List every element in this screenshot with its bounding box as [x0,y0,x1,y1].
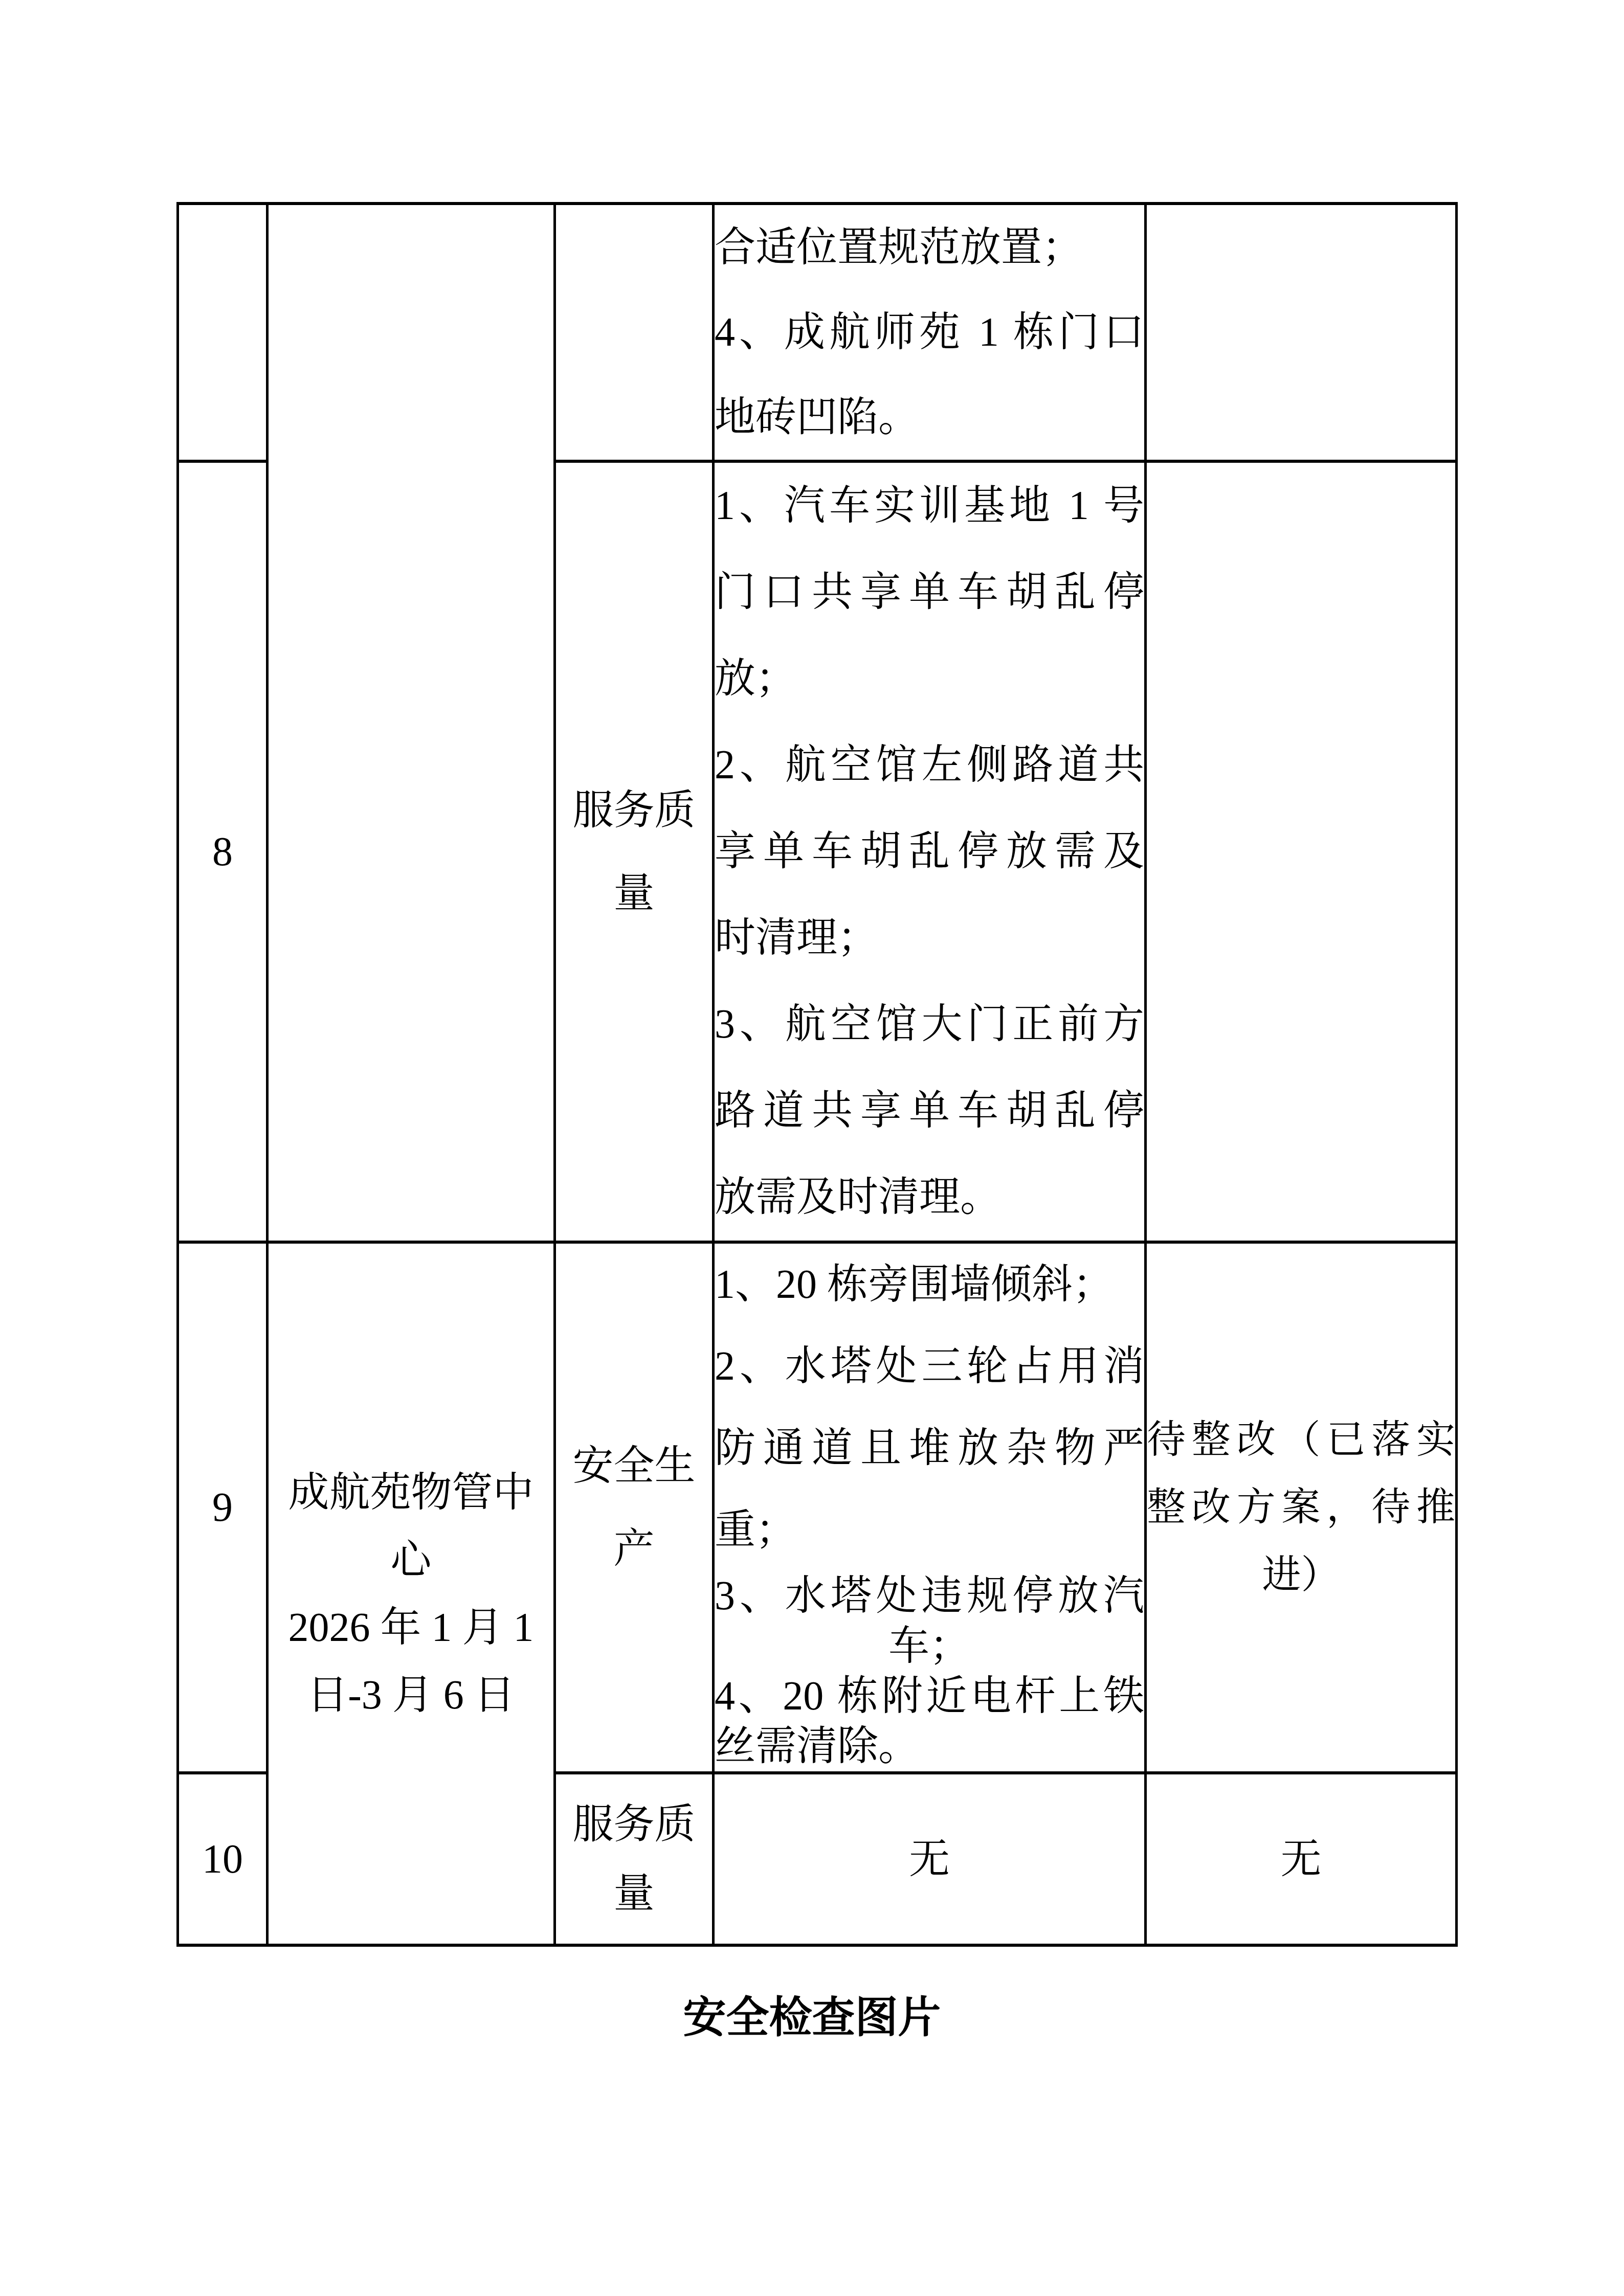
category-line: 产 [556,1507,712,1590]
category-line: 服务质 [556,769,712,852]
issue-line: 重； [715,1489,1144,1571]
unit-line: 日-3 月 6 日 [269,1661,553,1729]
issue-line: 时清理； [715,895,1144,981]
issue-line: 1、20 栋旁围墙倾斜； [715,1244,1144,1325]
cell-status-9: 待整改（已落实 整改方案，待推 进） [1146,1242,1457,1773]
document-page: 合适位置规范放置； 4、成航师苑 1 栋门口 地砖凹陷。 8 服务质 量 1、汽… [0,0,1624,2296]
issue-line: 3、航空馆大门正前方 [715,981,1144,1068]
cell-no-10: 10 [178,1773,268,1945]
cell-category-10: 服务质 量 [555,1773,714,1945]
cell-unit-prev [268,204,555,1242]
status-line: 进） [1147,1541,1455,1609]
issue-line: 防通道且堆放杂物严 [715,1407,1144,1489]
cell-issues-8: 1、汽车实训基地 1 号 门口共享单车胡乱停 放； 2、航空馆左侧路道共 享单车… [714,461,1146,1242]
unit-line: 2026 年 1 月 1 [269,1594,553,1661]
category-line: 服务质 [556,1790,712,1859]
issue-line: 3、水塔处违规停放汽 [715,1571,1144,1621]
unit-line: 成航苑物管中 [269,1459,553,1526]
issue-line: 丝需清除。 [715,1721,1144,1771]
category-line: 量 [556,852,712,935]
cell-status-8 [1146,461,1457,1242]
issue-line: 4、成航师苑 1 栋门口 [715,290,1144,375]
issue-line: 2、航空馆左侧路道共 [715,722,1144,808]
issue-line: 放需及时清理。 [715,1154,1144,1241]
cell-category-8: 服务质 量 [555,461,714,1242]
cell-issues-9: 1、20 栋旁围墙倾斜； 2、水塔处三轮占用消 防通道且堆放杂物严 重； 3、水… [714,1242,1146,1773]
cell-category-prev [555,204,714,461]
issue-line: 4、20 栋附近电杆上铁 [715,1671,1144,1721]
cell-unit-9: 成航苑物管中 心 2026 年 1 月 1 日-3 月 6 日 [268,1242,555,1945]
issue-line: 门口共享单车胡乱停 [715,549,1144,636]
issue-line: 享单车胡乱停放需及 [715,808,1144,895]
cell-status-10: 无 [1146,1773,1457,1945]
cell-category-9: 安全生 产 [555,1242,714,1773]
section-caption: 安全检查图片 [0,1990,1624,2046]
status-line: 整改方案，待推 [1147,1474,1455,1541]
category-line: 安全生 [556,1425,712,1507]
cell-status-prev [1146,204,1457,461]
issue-line: 2、水塔处三轮占用消 [715,1325,1144,1407]
issue-line: 地砖凹陷。 [715,375,1144,460]
issue-line: 1、汽车实训基地 1 号 [715,463,1144,549]
issue-line: 放； [715,636,1144,722]
issue-line: 合适位置规范放置； [715,205,1144,290]
unit-line: 心 [269,1526,553,1594]
table-row-9: 9 成航苑物管中 心 2026 年 1 月 1 日-3 月 6 日 安全生 产 … [178,1242,1457,1773]
status-line: 待整改（已落实 [1147,1406,1455,1474]
issue-line: 车； [715,1621,1144,1671]
cell-no-8: 8 [178,461,268,1242]
issue-line: 路道共享单车胡乱停 [715,1068,1144,1154]
category-line: 量 [556,1859,712,1928]
cell-issues-10: 无 [714,1773,1146,1945]
cell-no-9: 9 [178,1242,268,1773]
cell-issues-prev: 合适位置规范放置； 4、成航师苑 1 栋门口 地砖凹陷。 [714,204,1146,461]
inspection-table: 合适位置规范放置； 4、成航师苑 1 栋门口 地砖凹陷。 8 服务质 量 1、汽… [176,202,1458,1947]
cell-no-prev [178,204,268,461]
table-row-prev: 合适位置规范放置； 4、成航师苑 1 栋门口 地砖凹陷。 [178,204,1457,461]
